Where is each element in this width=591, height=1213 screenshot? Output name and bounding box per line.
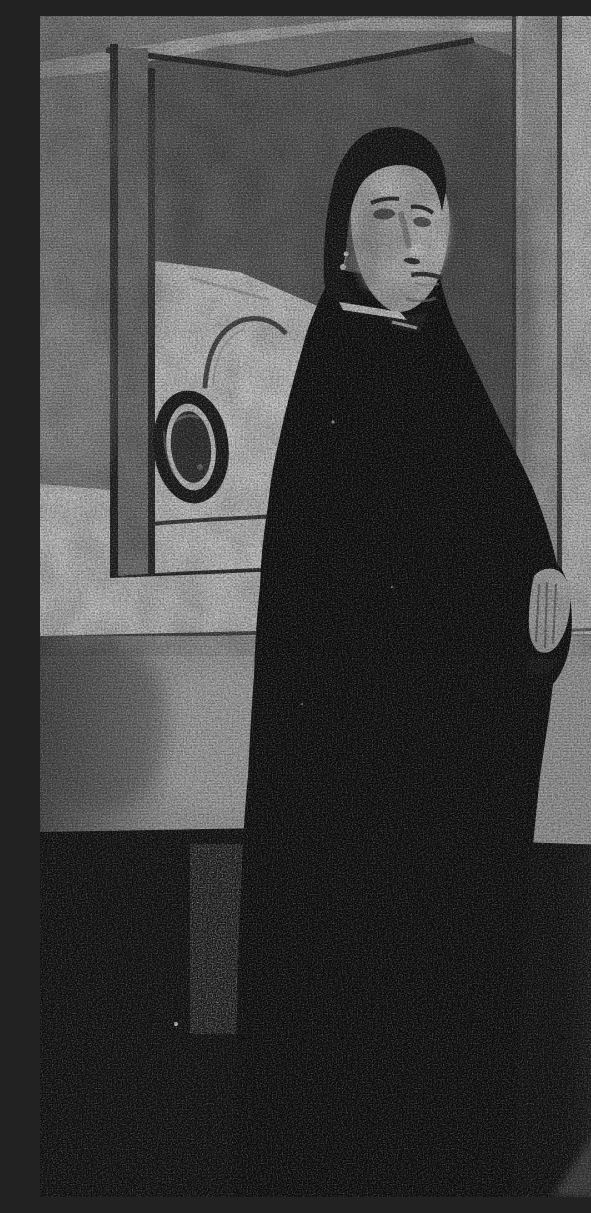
film-grain-light [40,16,591,1197]
halftone-photograph: Woman in a dark full-length dress posing… [40,16,591,1197]
photo-canvas [40,16,591,1197]
